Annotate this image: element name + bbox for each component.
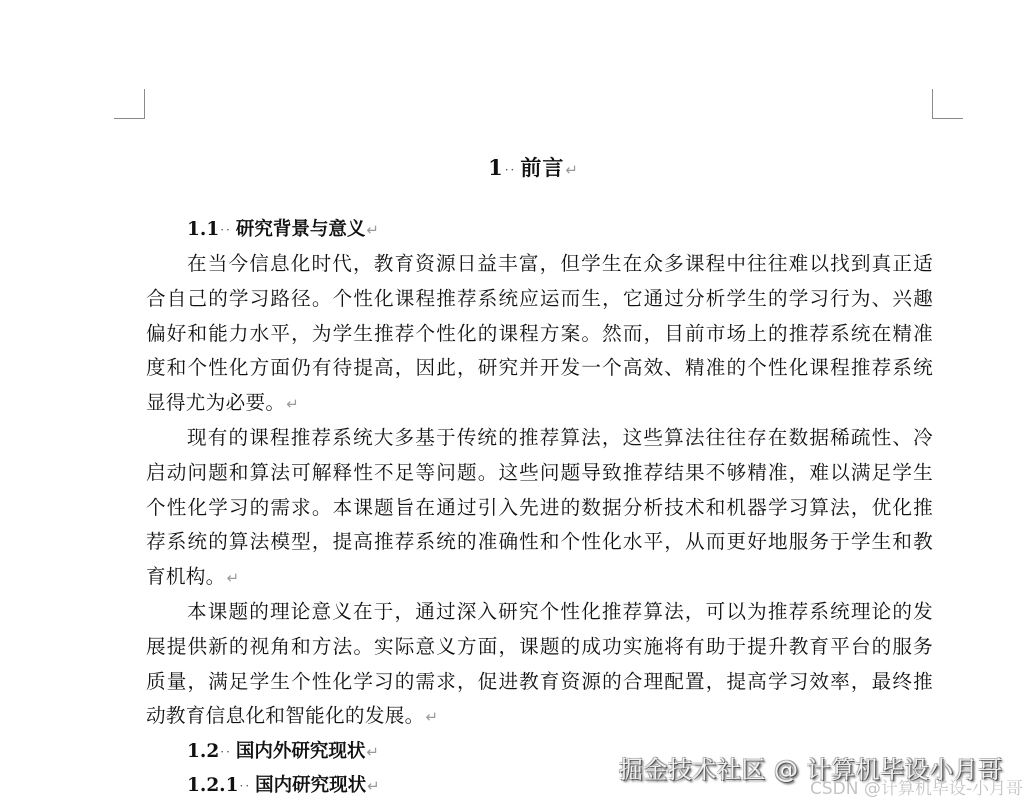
text-line: 本课题的理论意义在于，通过深入研究个性化推荐算法，可以为推荐系统理论的发 [146, 595, 933, 630]
text-line: 个性化学习的需求。本课题旨在通过引入先进的数据分析技术和机器学习算法，优化推 [146, 491, 933, 526]
top-left-margin-mark [114, 89, 145, 119]
section-heading-1-2[interactable]: 1.2··国内外研究现状↵ [187, 737, 379, 763]
body-paragraph-3[interactable]: 本课题的理论意义在于，通过深入研究个性化推荐算法，可以为推荐系统理论的发 展提供… [146, 595, 933, 734]
tab-mark: ·· [240, 779, 252, 793]
paragraph-mark-icon: ↵ [565, 161, 579, 179]
chapter-title-text: 前言 [520, 155, 564, 180]
text-line: 合自己的学习路径。个性化课程推荐系统应运而生，它通过分析学生的学习行为、兴趣 [146, 282, 933, 317]
text-line-content: 育机构。 [146, 565, 226, 588]
section-number: 1.2 [187, 741, 219, 762]
text-line: 偏好和能力水平，为学生推荐个性化的课程方案。然而，目前市场上的推荐系统在精准 [146, 317, 933, 352]
text-line: 质量，满足学生个性化学习的需求，促进教育资源的合理配置，提高学习效率，最终推 [146, 665, 933, 700]
top-right-margin-mark [932, 89, 963, 119]
text-line-content: 动教育信息化和智能化的发展。 [146, 704, 425, 727]
csdn-watermark: CSDN @计算机毕设-小月哥 [810, 774, 1023, 799]
text-line-content: 显得尤为必要。 [146, 391, 285, 414]
paragraph-mark-icon: ↵ [227, 569, 240, 587]
text-line: 现有的课程推荐系统大多基于传统的推荐算法，这些算法往往存在数据稀疏性、冷 [146, 421, 933, 456]
chapter-heading[interactable]: 1··前言↵ [0, 152, 1027, 182]
section-title: 研究背景与意义 [236, 219, 366, 240]
tab-mark: ·· [220, 745, 232, 759]
text-line: 度和个性化方面仍有待提高，因此，研究并开发一个高效、精准的个性化课程推荐系统 [146, 351, 933, 386]
text-line: 启动问题和算法可解释性不足等问题。这些问题导致推荐结果不够精准，难以满足学生 [146, 456, 933, 491]
section-number: 1.1 [187, 219, 219, 240]
body-paragraph-1[interactable]: 在当今信息化时代，教育资源日益丰富，但学生在众多课程中往往难以找到真正适 合自己… [146, 247, 933, 421]
text-line-last: 动教育信息化和智能化的发展。↵ [146, 699, 933, 734]
section-title: 国内研究现状 [255, 775, 366, 796]
paragraph-mark-icon: ↵ [367, 777, 380, 795]
document-page: 1··前言↵ 1.1··研究背景与意义↵ 在当今信息化时代，教育资源日益丰富，但… [0, 0, 1027, 804]
section-number: 1.2.1 [187, 775, 239, 796]
text-line: 展提供新的视角和方法。实际意义方面，课题的成功实施将有助于提升教育平台的服务 [146, 630, 933, 665]
paragraph-mark-icon: ↵ [286, 395, 299, 413]
tab-mark: ·· [220, 223, 232, 237]
tab-mark: ·· [505, 163, 517, 177]
text-line-last: 显得尤为必要。↵ [146, 386, 933, 421]
chapter-number: 1 [488, 155, 504, 180]
text-line-last: 育机构。↵ [146, 560, 933, 595]
body-paragraph-2[interactable]: 现有的课程推荐系统大多基于传统的推荐算法，这些算法往往存在数据稀疏性、冷 启动问… [146, 421, 933, 595]
paragraph-mark-icon: ↵ [426, 708, 439, 726]
paragraph-mark-icon: ↵ [366, 743, 379, 761]
paragraph-mark-icon: ↵ [366, 221, 379, 239]
section-heading-1-2-1[interactable]: 1.2.1··国内研究现状↵ [187, 771, 380, 797]
section-title: 国内外研究现状 [236, 741, 366, 762]
section-heading-1-1[interactable]: 1.1··研究背景与意义↵ [187, 215, 379, 241]
text-line: 荐系统的算法模型，提高推荐系统的准确性和个性化水平，从而更好地服务于学生和教 [146, 525, 933, 560]
text-line: 在当今信息化时代，教育资源日益丰富，但学生在众多课程中往往难以找到真正适 [146, 247, 933, 282]
